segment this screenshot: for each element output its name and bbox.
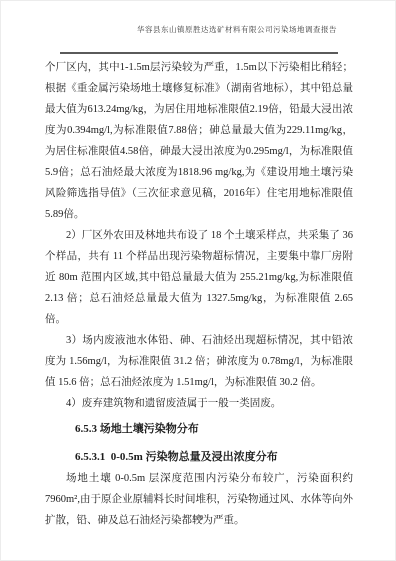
section-heading-6-5-3: 6.5.3 场地土壤污染物分布 [75, 419, 353, 440]
running-header-title: 华容县东山镇原胜达选矿材料有限公司污染场地调查报告 [1, 1, 395, 35]
header-divider [60, 52, 338, 54]
page-footer: 109 [1, 514, 395, 522]
page-header: 华容县东山镇原胜达选矿材料有限公司污染场地调查报告 [1, 1, 395, 54]
paragraph-conclusion-continuation: 个厂区内，其中1-1.5m层污染较为严重，1.5m以下污染相比稍轻；根据《重金属… [45, 57, 353, 225]
paragraph-item-3: 3）场内废液池水体铅、砷、石油烃出现超标情况，其中铅浓度为 1.56mg/l，为… [45, 330, 353, 393]
subsection-heading-6-5-3-1: 6.5.3.1 0-0.5m 污染物总量及浸出浓度分布 [75, 447, 353, 468]
page-number: 109 [193, 514, 204, 522]
document-page: 华容县东山镇原胜达选矿材料有限公司污染场地调查报告 个厂区内，其中1-1.5m层… [0, 0, 396, 561]
paragraph-item-4: 4）废弃建筑物和遗留废渣属于一般一类固废。 [45, 393, 353, 414]
document-body: 个厂区内，其中1-1.5m层污染较为严重，1.5m以下污染相比稍轻；根据《重金属… [45, 57, 353, 531]
paragraph-item-2: 2）厂区外农田及林地共布设了 18 个土壤采样点，共采集了 36 个样品，共有 … [45, 225, 353, 330]
